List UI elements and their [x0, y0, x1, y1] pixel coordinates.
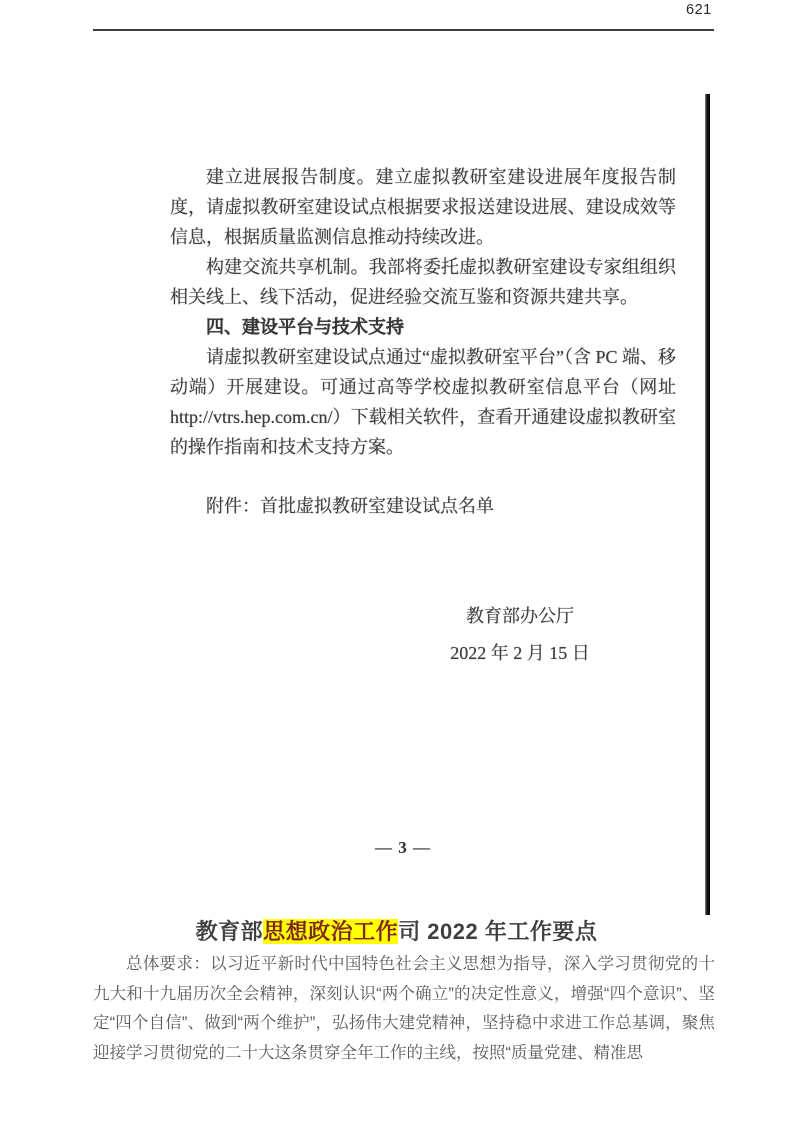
- doc-paragraph-platform-support: 请虚拟教研室建设试点通过“虚拟教研室平台”（含 PC 端、移动端）开展建设。可通…: [170, 342, 676, 462]
- article-title-prefix: 教育部: [196, 919, 264, 944]
- signature-date: 2022 年 2 月 15 日: [425, 639, 615, 667]
- scan-artifact-vertical-line: [705, 94, 710, 915]
- scanned-document-body: 建立进展报告制度。建立虚拟教研室建设进展年度报告制度，请虚拟教研室建设试点根据要…: [170, 162, 676, 521]
- article-title-suffix: 司 2022 年工作要点: [398, 919, 597, 944]
- signature-organization: 教育部办公厅: [425, 602, 615, 630]
- signature-block: 教育部办公厅 2022 年 2 月 15 日: [425, 602, 615, 667]
- article-body-paragraph: 总体要求：以习近平新时代中国特色社会主义思想为指导，深入学习贯彻党的十九大和十九…: [93, 950, 715, 1068]
- header-divider-line: [93, 29, 714, 31]
- search-highlight: 思想政治工作: [263, 919, 398, 944]
- doc-attachment-line: 附件：首批虚拟教研室建设试点名单: [170, 491, 676, 521]
- article-title: 教育部思想政治工作司 2022 年工作要点: [40, 915, 753, 946]
- doc-section-heading: 四、建设平台与技术支持: [170, 312, 676, 342]
- doc-paragraph-progress-report: 建立进展报告制度。建立虚拟教研室建设进展年度报告制度，请虚拟教研室建设试点根据要…: [170, 162, 676, 252]
- document-page-marker: — 3 —: [93, 838, 713, 858]
- doc-paragraph-exchange-mechanism: 构建交流共享机制。我部将委托虚拟教研室建设专家组组织相关线上、线下活动，促进经验…: [170, 252, 676, 312]
- folio-page-number: 621: [686, 2, 726, 18]
